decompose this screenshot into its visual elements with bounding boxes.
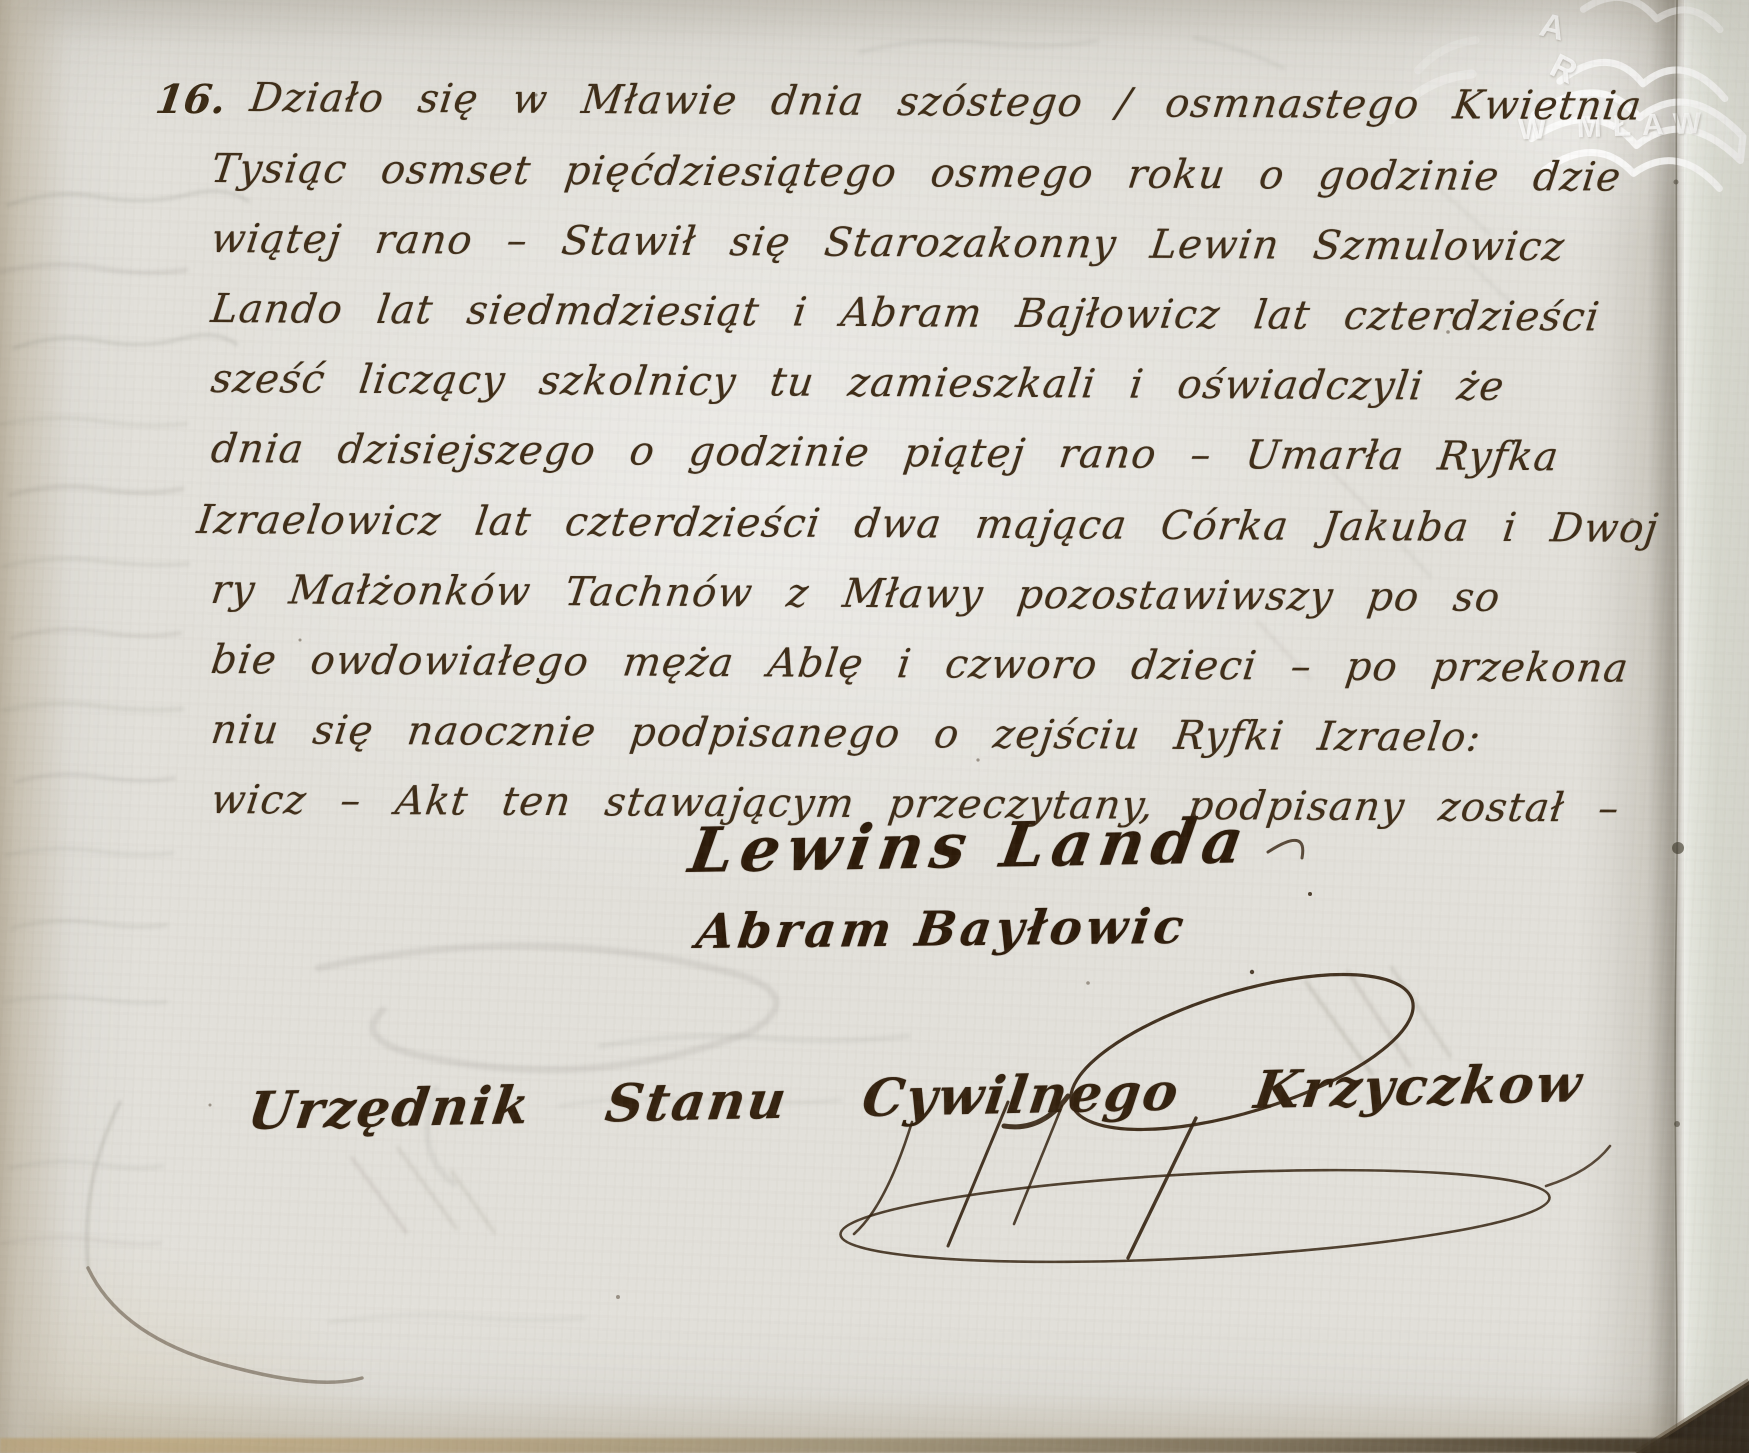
signature-flourish-layer	[0, 0, 1749, 1453]
page-bottom-edge	[0, 1438, 1749, 1453]
document-scan: A R W MŁAW 16. Działo się w Mławie dnia …	[0, 0, 1749, 1453]
crease-line	[1675, 0, 1678, 1453]
